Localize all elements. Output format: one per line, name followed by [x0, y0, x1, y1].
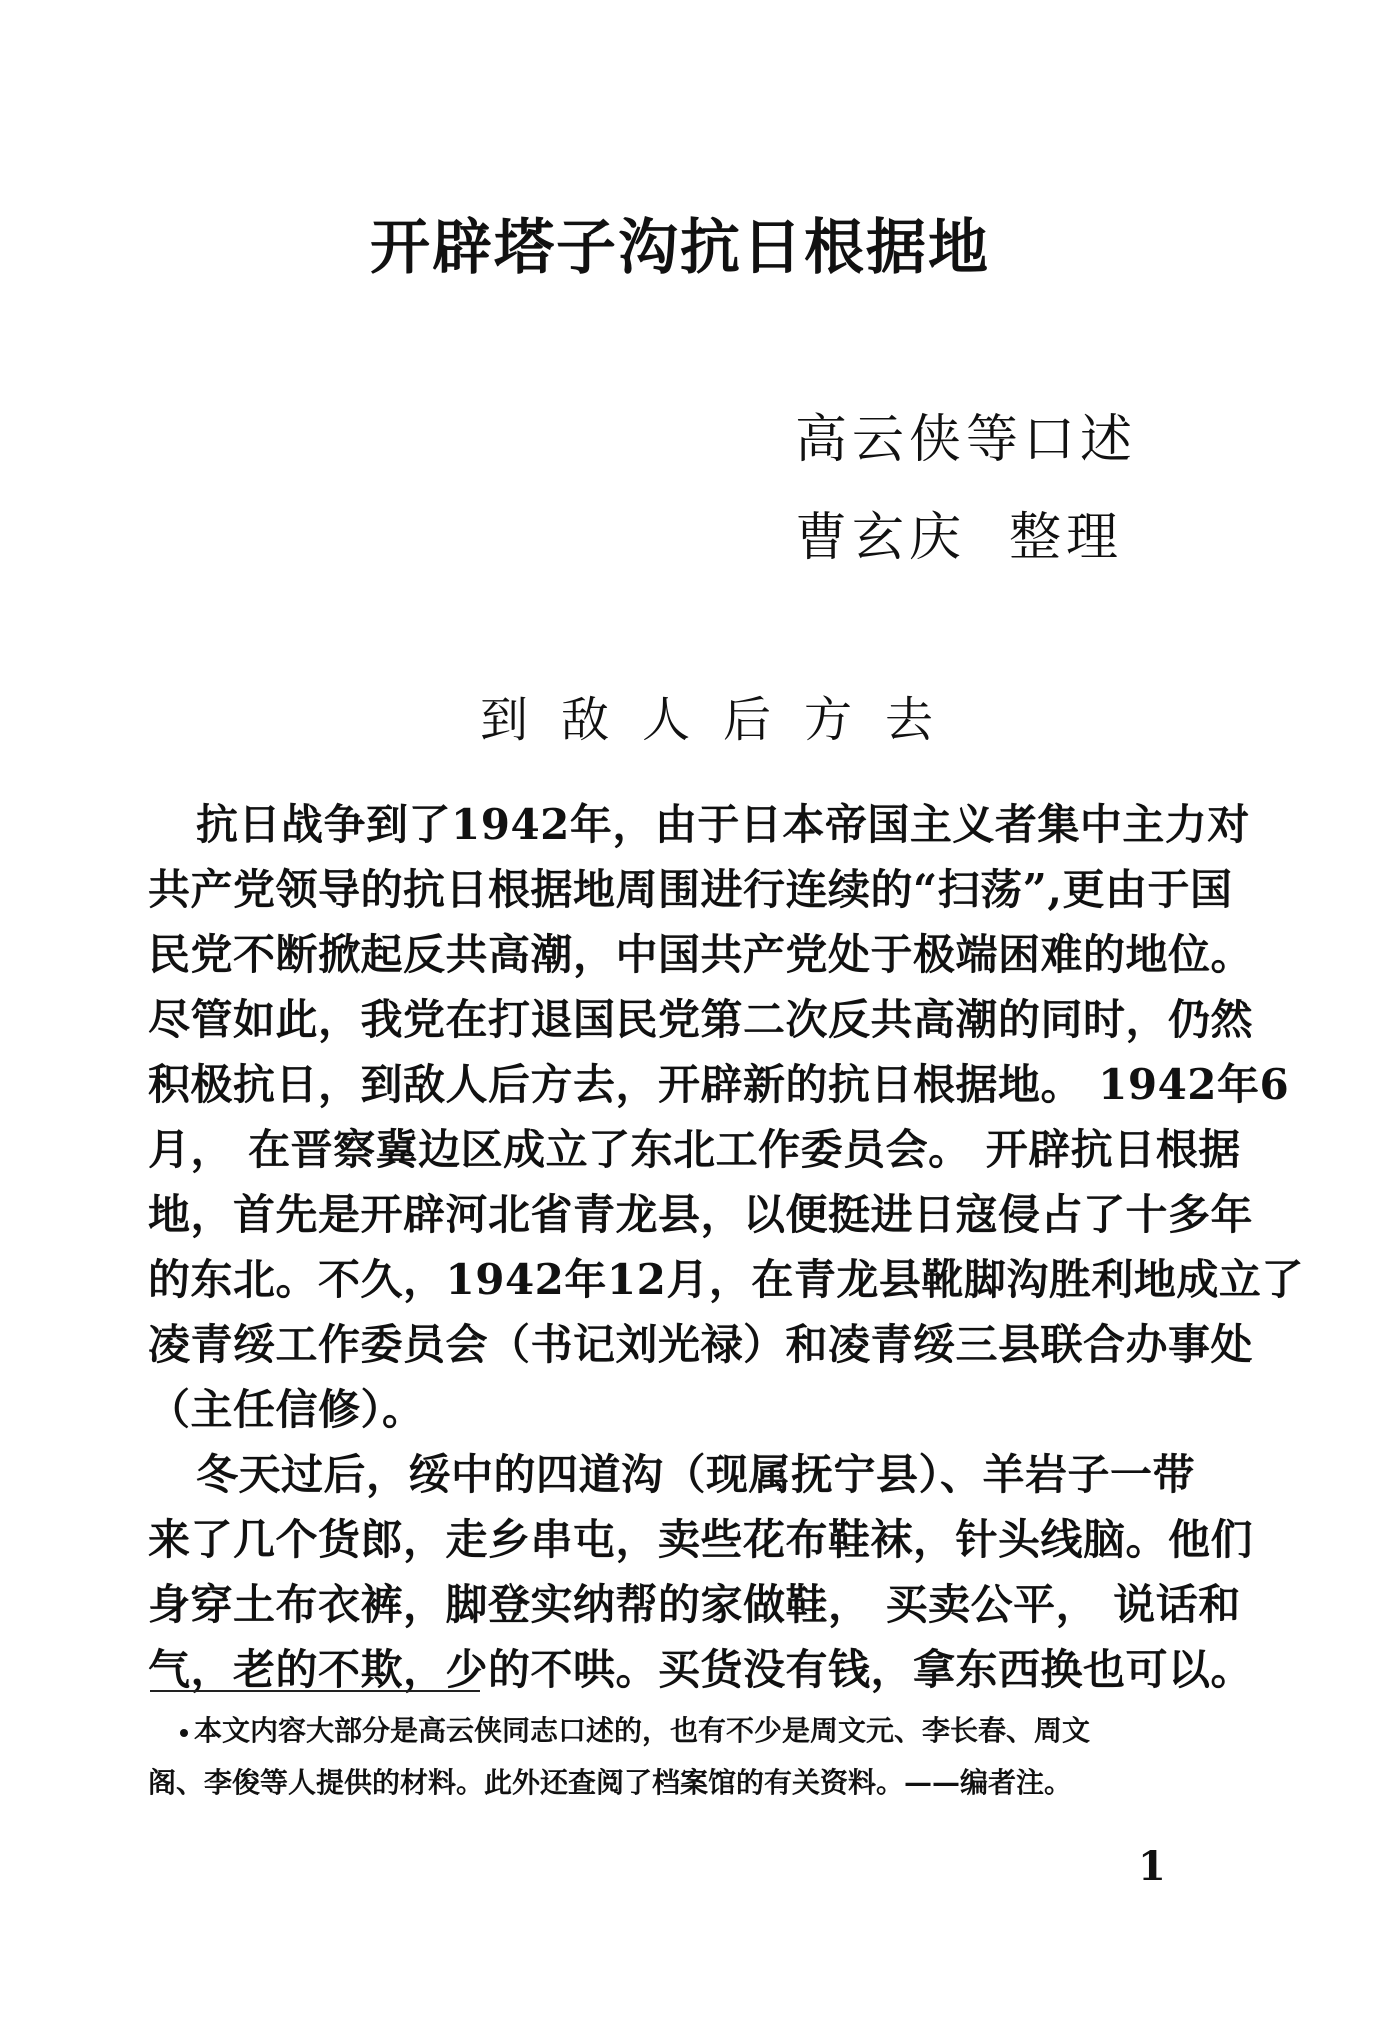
body-text: 抗日战争到了1942年，由于日本帝国主义者集中主力对 共产党领导的抗日根据地周围… — [148, 792, 1238, 1702]
footnote-divider — [150, 1690, 480, 1692]
paragraph-line: 身穿土布衣裤，脚登实纳帮的家做鞋， 买卖公平， 说话和 — [148, 1572, 1238, 1637]
paragraph-line: 的东北。不久，1942年12月，在青龙县靴脚沟胜利地成立了 — [148, 1247, 1238, 1312]
paragraph-line: 冬天过后，绥中的四道沟（现属抚宁县）、羊岩子一带 — [148, 1442, 1238, 1507]
paragraph-line: 气，老的不欺，少的不哄。买货没有钱，拿东西换也可以。 — [148, 1637, 1238, 1702]
paragraph-line: 尽管如此，我党在打退国民党第二次反共高潮的同时，仍然 — [148, 987, 1238, 1052]
paragraph-line: 共产党领导的抗日根据地周围进行连续的“扫荡”,更由于国 — [148, 857, 1238, 922]
footnote: 本文内容大部分是高云侠同志口述的，也有不少是周文元、李长春、周文 阁、李俊等人提… — [180, 1705, 1230, 1809]
paragraph-line: 抗日战争到了1942年，由于日本帝国主义者集中主力对 — [148, 792, 1238, 857]
paragraph-line: 凌青绥工作委员会（书记刘光禄）和凌青绥三县联合办事处 — [148, 1312, 1238, 1377]
footnote-line: 阁、李俊等人提供的材料。此外还查阅了档案馆的有关资料。——编者注。 — [148, 1757, 1230, 1809]
paragraph-line: 月， 在晋察冀边区成立了东北工作委员会。 开辟抗日根据 — [148, 1117, 1238, 1182]
document-page: 开辟塔子沟抗日根据地 高云侠等口述 曹玄庆 整理 到敌人后方去 抗日战争到了19… — [0, 0, 1393, 2039]
footnote-line: 本文内容大部分是高云侠同志口述的，也有不少是周文元、李长春、周文 — [194, 1714, 1090, 1747]
paragraph-line: （主任信修）。 — [148, 1377, 1238, 1442]
footnote-bullet-icon — [180, 1729, 188, 1737]
article-title: 开辟塔子沟抗日根据地 — [370, 208, 1030, 288]
byline-editor: 曹玄庆 整理 — [795, 508, 1123, 568]
byline-narrators: 高云侠等口述 — [795, 410, 1137, 470]
paragraph-line: 地，首先是开辟河北省青龙县，以便挺进日寇侵占了十多年 — [148, 1182, 1238, 1247]
paragraph-line: 来了几个货郎，走乡串屯，卖些花布鞋袜，针头线脑。他们 — [148, 1507, 1238, 1572]
paragraph-line: 积极抗日，到敌人后方去，开辟新的抗日根据地。 1942年6 — [148, 1052, 1238, 1117]
section-heading: 到敌人后方去 — [480, 690, 966, 750]
paragraph-line: 民党不断掀起反共高潮，中国共产党处于极端困难的地位。 — [148, 922, 1238, 987]
page-number: 1 — [1138, 1842, 1166, 1892]
